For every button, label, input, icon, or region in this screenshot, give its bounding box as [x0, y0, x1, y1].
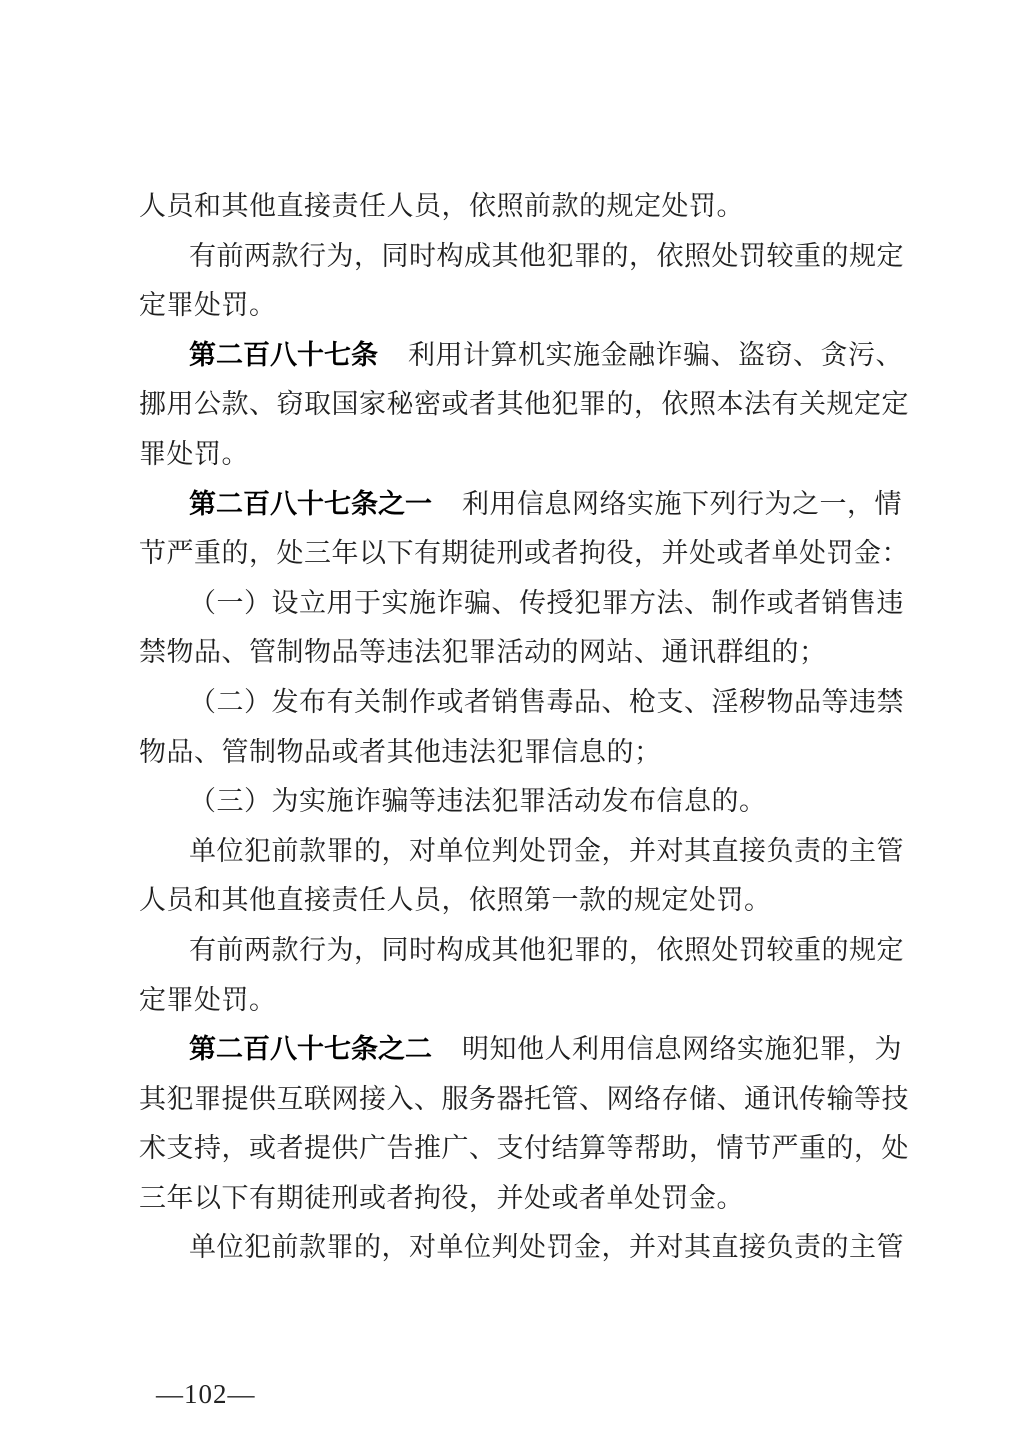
- page-number: —102—: [156, 1376, 256, 1412]
- text-line: 挪用公款、窃取国家秘密或者其他犯罪的，依照本法有关规定定: [139, 380, 896, 430]
- text-line: 有前两款行为，同时构成其他犯罪的，依照处罚较重的规定: [139, 926, 896, 976]
- text-run: 定罪处罚。: [139, 290, 277, 320]
- text-run: 利用信息网络实施下列行为之一，情: [462, 489, 902, 519]
- text-line: 有前两款行为，同时构成其他犯罪的，依照处罚较重的规定: [139, 232, 896, 282]
- text-line: （二）发布有关制作或者销售毒品、枪支、淫秽物品等违禁: [139, 678, 896, 728]
- text-run: 术支持，或者提供广告推广、支付结算等帮助，情节严重的，处: [139, 1133, 909, 1163]
- legal-text-block: 人员和其他直接责任人员，依照前款的规定处罚。有前两款行为，同时构成其他犯罪的，依…: [139, 182, 896, 1273]
- text-run: 单位犯前款罪的，对单位判处罚金，并对其直接负责的主管: [189, 836, 904, 866]
- article-number-heading: 第二百八十七条: [189, 340, 378, 370]
- article-number-heading: 第二百八十七条之一: [189, 489, 432, 519]
- text-run: 节严重的，处三年以下有期徒刑或者拘役，并处或者单处罚金：: [139, 538, 909, 568]
- text-line: 第二百八十七条利用计算机实施金融诈骗、盗窃、贪污、: [139, 331, 896, 381]
- document-page: 人员和其他直接责任人员，依照前款的规定处罚。有前两款行为，同时构成其他犯罪的，依…: [0, 0, 1024, 1448]
- text-run: 挪用公款、窃取国家秘密或者其他犯罪的，依照本法有关规定定: [139, 389, 909, 419]
- text-run: （二）发布有关制作或者销售毒品、枪支、淫秽物品等违禁: [189, 687, 904, 717]
- text-line: 术支持，或者提供广告推广、支付结算等帮助，情节严重的，处: [139, 1124, 896, 1174]
- text-run: 单位犯前款罪的，对单位判处罚金，并对其直接负责的主管: [189, 1232, 904, 1262]
- text-run: 罪处罚。: [139, 439, 249, 469]
- text-line: （三）为实施诈骗等违法犯罪活动发布信息的。: [139, 777, 896, 827]
- article-number-heading: 第二百八十七条之二: [189, 1034, 432, 1064]
- text-line: （一）设立用于实施诈骗、传授犯罪方法、制作或者销售违: [139, 579, 896, 629]
- text-run: 人员和其他直接责任人员，依照前款的规定处罚。: [139, 191, 744, 221]
- text-run: 有前两款行为，同时构成其他犯罪的，依照处罚较重的规定: [189, 241, 904, 271]
- text-run: 人员和其他直接责任人员，依照第一款的规定处罚。: [139, 885, 772, 915]
- text-run: （一）设立用于实施诈骗、传授犯罪方法、制作或者销售违: [189, 588, 904, 618]
- text-line: 三年以下有期徒刑或者拘役，并处或者单处罚金。: [139, 1174, 896, 1224]
- text-line: 罪处罚。: [139, 430, 896, 480]
- text-run: 利用计算机实施金融诈骗、盗窃、贪污、: [408, 340, 903, 370]
- text-line: 单位犯前款罪的，对单位判处罚金，并对其直接负责的主管: [139, 827, 896, 877]
- text-line: 人员和其他直接责任人员，依照第一款的规定处罚。: [139, 876, 896, 926]
- text-line: 第二百八十七条之二明知他人利用信息网络实施犯罪，为: [139, 1025, 896, 1075]
- text-line: 物品、管制物品或者其他违法犯罪信息的；: [139, 728, 896, 778]
- text-run: 禁物品、管制物品等违法犯罪活动的网站、通讯群组的；: [139, 637, 827, 667]
- text-line: 禁物品、管制物品等违法犯罪活动的网站、通讯群组的；: [139, 628, 896, 678]
- text-run: 有前两款行为，同时构成其他犯罪的，依照处罚较重的规定: [189, 935, 904, 965]
- text-line: 其犯罪提供互联网接入、服务器托管、网络存储、通讯传输等技: [139, 1075, 896, 1125]
- text-run: 定罪处罚。: [139, 985, 277, 1015]
- text-run: 三年以下有期徒刑或者拘役，并处或者单处罚金。: [139, 1183, 744, 1213]
- text-line: 节严重的，处三年以下有期徒刑或者拘役，并处或者单处罚金：: [139, 529, 896, 579]
- text-line: 单位犯前款罪的，对单位判处罚金，并对其直接负责的主管: [139, 1223, 896, 1273]
- text-line: 第二百八十七条之一利用信息网络实施下列行为之一，情: [139, 480, 896, 530]
- text-run: （三）为实施诈骗等违法犯罪活动发布信息的。: [189, 786, 767, 816]
- text-run: 其犯罪提供互联网接入、服务器托管、网络存储、通讯传输等技: [139, 1084, 909, 1114]
- text-line: 定罪处罚。: [139, 976, 896, 1026]
- text-run: 物品、管制物品或者其他违法犯罪信息的；: [139, 737, 662, 767]
- text-run: 明知他人利用信息网络实施犯罪，为: [462, 1034, 902, 1064]
- text-line: 人员和其他直接责任人员，依照前款的规定处罚。: [139, 182, 896, 232]
- text-line: 定罪处罚。: [139, 281, 896, 331]
